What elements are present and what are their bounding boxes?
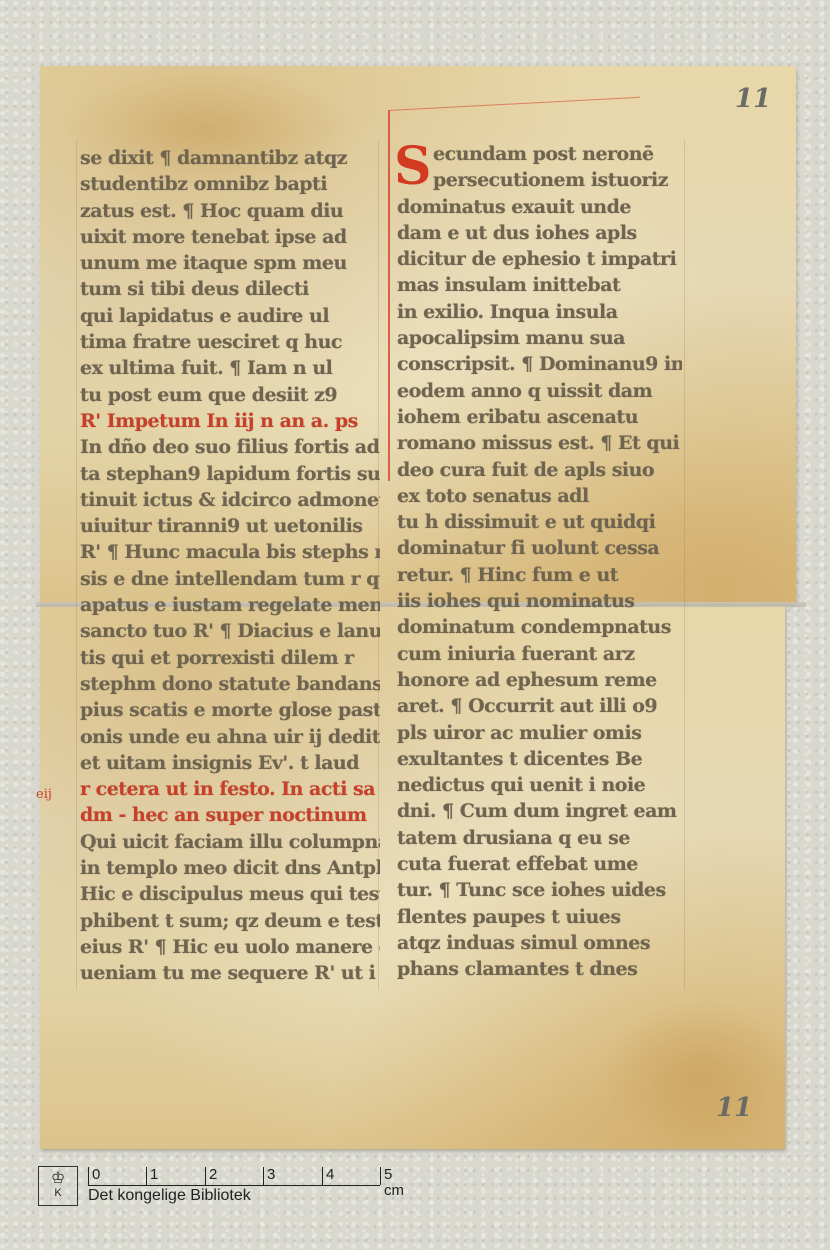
manuscript-line: ecundam post neronē xyxy=(397,141,682,167)
manuscript-line: tu post eum que desiit z9 xyxy=(80,382,380,408)
manuscript-line: dominatus exauit unde xyxy=(397,194,682,220)
ruler-tick: 2 xyxy=(205,1167,217,1185)
manuscript-line: conscripsit. ¶ Dominanu9 in xyxy=(397,351,682,377)
manuscript-line: uiuitur tiranni9 ut uetonilis xyxy=(80,513,380,539)
manuscript-line: flentes paupes t uiues xyxy=(397,904,682,930)
scale-bar: ♔ K 0 1 2 3 4 5 cm Det kongelige Bibliot… xyxy=(38,1163,438,1213)
library-name: Det kongelige Bibliotek xyxy=(88,1187,251,1205)
manuscript-line: tima fratre uesciret q huc xyxy=(80,329,380,355)
manuscript-line: iis iohes qui nominatus xyxy=(397,588,682,614)
manuscript-line: tis qui et porrexisti dilem r xyxy=(80,645,380,671)
manuscript-line: uixit more tenebat ipse ad xyxy=(80,224,380,250)
manuscript-line: aret. ¶ Occurrit aut illi o9 xyxy=(397,693,682,719)
manuscript-line: phibent t sum; qz deum e testio xyxy=(80,908,380,934)
manuscript-line: eodem anno q uissit dam xyxy=(397,378,682,404)
ruler-tick: 0 xyxy=(88,1167,100,1185)
stain xyxy=(600,1000,800,1150)
manuscript-line: exultantes t dicentes Be xyxy=(397,746,682,772)
folio-number-bottom: 11 xyxy=(716,1093,752,1123)
manuscript-line: tinuit ictus & idcirco admonete xyxy=(80,487,380,513)
manuscript-line: dni. ¶ Cum dum ingret eam xyxy=(397,798,682,824)
manuscript-line: ueniam tu me sequere R' ut i festo ci xyxy=(80,960,380,986)
ruling-line xyxy=(76,140,77,990)
manuscript-line: r cetera ut in festo. In acti sa ioh xyxy=(80,776,380,802)
manuscript-line: pius scatis e morte glose pasti xyxy=(80,697,380,723)
manuscript-line: retur. ¶ Hinc fum e ut xyxy=(397,562,682,588)
ruler-tick: 1 xyxy=(146,1167,158,1185)
manuscript-line: iohem eribatu ascenatu xyxy=(397,404,682,430)
crown-glyph: ♔ xyxy=(51,1172,65,1186)
manuscript-line: In dño deo suo filius fortis adle xyxy=(80,434,380,460)
manuscript-line: unum me itaque spm meu xyxy=(80,250,380,276)
manuscript-line: nedictus qui uenit i noie xyxy=(397,772,682,798)
manuscript-line: pls uiror ac mulier omis xyxy=(397,720,682,746)
manuscript-line: apatus e iustam regelate mente xyxy=(80,592,380,618)
manuscript-line: phans clamantes t dnes xyxy=(397,956,682,982)
manuscript-line: sancto tuo R' ¶ Diacius e lanu xyxy=(80,618,380,644)
manuscript-line: R' Impetum In iij n an a. ps xyxy=(80,408,380,434)
manuscript-line: tur. ¶ Tunc sce iohes uides xyxy=(397,877,682,903)
manuscript-line: dominatum condempnatus xyxy=(397,614,682,640)
text-column-left: se dixit ¶ damnantibz atqzstudentibz omn… xyxy=(80,145,380,987)
manuscript-line: apocalipsim manu sua xyxy=(397,325,682,351)
manuscript-line: studentibz omnibz bapti xyxy=(80,171,380,197)
manuscript-line: romano missus est. ¶ Et qui xyxy=(397,430,682,456)
manuscript-line: deo cura fuit de apls siuo xyxy=(397,457,682,483)
manuscript-line: se dixit ¶ damnantibz atqz xyxy=(80,145,380,171)
text-column-right: ecundam post neronēpersecutionem istuori… xyxy=(397,141,682,983)
manuscript-line: onis unde eu ahna uir ij deditu xyxy=(80,724,380,750)
manuscript-line: ex ultima fuit. ¶ Iam n ul xyxy=(80,355,380,381)
manuscript-line: dominatur fi uolunt cessa xyxy=(397,535,682,561)
manuscript-line: honore ad ephesum reme xyxy=(397,667,682,693)
manuscript-line: mas insulam inittebat xyxy=(397,272,682,298)
manuscript-line: sis e dne intellendam tum r qt xyxy=(80,566,380,592)
manuscript-line: dm - hec an super noctinum xyxy=(80,802,380,828)
ruler-tick: 3 xyxy=(263,1167,275,1185)
manuscript-line: tatem drusiana q eu se xyxy=(397,825,682,851)
crown-icon: ♔ K xyxy=(38,1166,78,1206)
manuscript-line: zatus est. ¶ Hoc quam diu xyxy=(80,198,380,224)
folio-number-top: 11 xyxy=(735,84,771,114)
ruling-line xyxy=(684,140,685,990)
manuscript-line: Hic e discipulus meus qui testio xyxy=(80,881,380,907)
manuscript-line: persecutionem istuoriz xyxy=(397,167,682,193)
manuscript-line: R' ¶ Hunc macula bis stephs mst xyxy=(80,539,380,565)
ruler: 0 1 2 3 4 5 cm xyxy=(88,1167,380,1186)
manuscript-line: ta stephan9 lapidum fortis sus xyxy=(80,461,380,487)
manuscript-line: tu h dissimuit e ut quidqi xyxy=(397,509,682,535)
margin-note: eij xyxy=(36,787,52,802)
manuscript-line: qui lapidatus e audire ul xyxy=(80,303,380,329)
ruler-tick-end: 5 cm xyxy=(380,1167,404,1185)
manuscript-line: ex toto senatus adl xyxy=(397,483,682,509)
manuscript-line: in templo meo dicit dns Antph xyxy=(80,855,380,881)
ruler-tick: 4 xyxy=(322,1167,334,1185)
manuscript-line: et uitam insignis Ev'. t laud xyxy=(80,750,380,776)
manuscript-line: in exilio. Inqua insula xyxy=(397,299,682,325)
k-glyph: K xyxy=(54,1186,61,1200)
manuscript-line: dicitur de ephesio t impatri xyxy=(397,246,682,272)
manuscript-line: cuta fuerat effebat ume xyxy=(397,851,682,877)
manuscript-line: stephm dono statute bandans te xyxy=(80,671,380,697)
manuscript-line: tum si tibi deus dilecti xyxy=(80,276,380,302)
manuscript-line: Qui uicit faciam illu columpna xyxy=(80,829,380,855)
manuscript-line: cum iniuria fuerant arz xyxy=(397,641,682,667)
manuscript-line: atqz induas simul omnes xyxy=(397,930,682,956)
manuscript-line: dam e ut dus iohes apls xyxy=(397,220,682,246)
manuscript-line: eius R' ¶ Hic eu uolo manere donec xyxy=(80,934,380,960)
